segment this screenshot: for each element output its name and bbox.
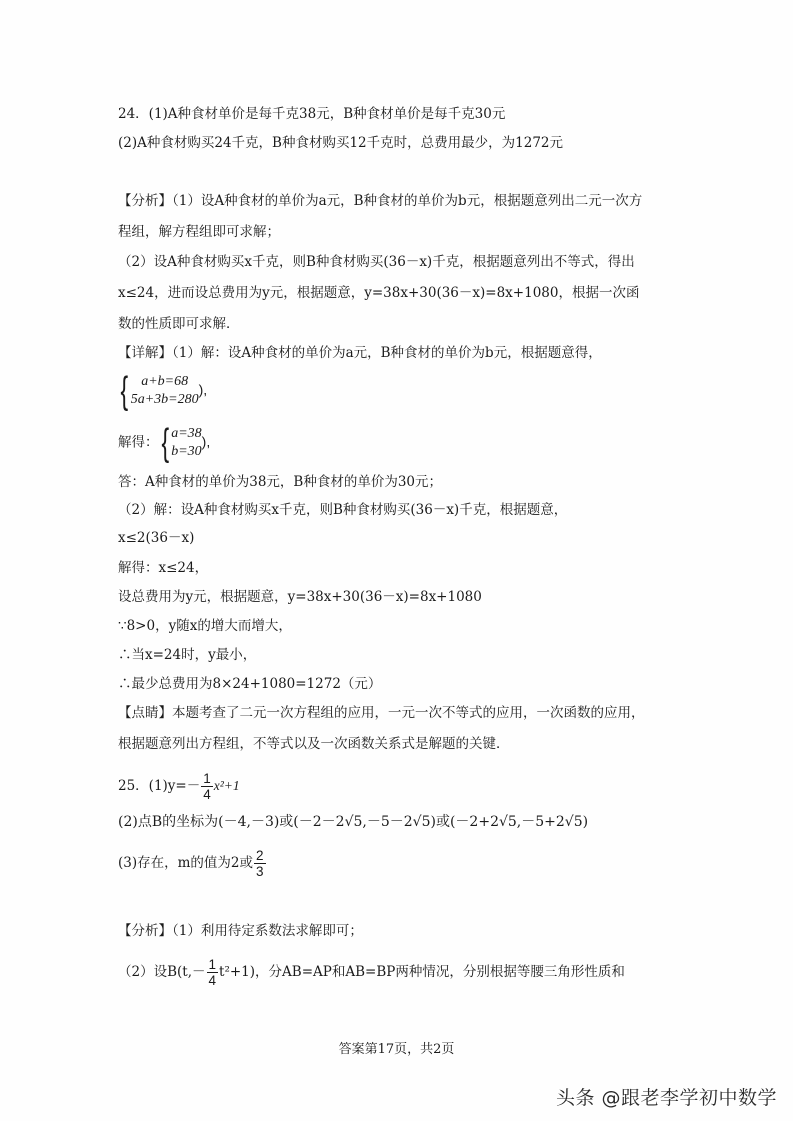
q24-because: ∵8>0，y随x的增大而增大， (118, 616, 292, 636)
q24-therefore-2: ∴最少总费用为8×24+1080=1272（元） (118, 674, 381, 694)
q24-cost: 设总费用为y元，根据题意，y=38x+30(36－x)=8x+1080 (118, 587, 482, 607)
solve-label: 解得： (118, 435, 159, 451)
system-eq-1: a+b=68 (131, 373, 199, 391)
watermark: 头条 @跟老李学初中数学 (556, 1083, 777, 1110)
q24-analysis-line-4: x≤24，进而设总费用为y元，根据题意，y=38x+30(36－x)=8x+10… (118, 283, 639, 303)
fraction: 14 (201, 771, 213, 802)
close-paren: ), (202, 434, 211, 450)
close-paren: ), (199, 382, 208, 398)
left-brace: { (121, 372, 129, 410)
fraction: 14 (207, 957, 219, 988)
page-footer: 答案第17页，共2页 (0, 1038, 793, 1057)
q24-comment-line-1: 【点睛】本题考查了二元一次方程组的应用，一元一次不等式的应用，一次函数的应用， (118, 703, 645, 723)
left-brace: { (161, 424, 169, 462)
q24-inequality: x≤2(36－x) (118, 528, 194, 548)
q24-solve-2: 解得：x≤24， (118, 558, 208, 578)
q24-analysis-line-1: 【分析】（1）设A种食材的单价为a元，B种食材的单价为b元，根据题意列出二元一次… (118, 191, 642, 211)
fraction: 23 (254, 848, 266, 879)
q25-analysis-line-2: （2）设B(t,－14t²+1)，分AB=AP和AB=BP两种情况，分别根据等腰… (118, 952, 625, 992)
sol-eq-2: b=30 (171, 443, 201, 461)
q24-detail-line-1: 【详解】（1）解：设A种食材的单价为a元，B种食材的单价为b元，根据题意得， (118, 343, 602, 363)
sol-eq-1: a=38 (171, 425, 201, 443)
solution-system: 解得：{ a=38 b=30 ), (118, 424, 210, 462)
q24-answer-2: (2)A种食材购买24千克，B种食材购买12千克时，总费用最少，为1272元 (118, 133, 563, 153)
q25-answer-3: (3)存在，m的值为2或23 (118, 845, 267, 881)
system-eq-2: 5a+3b=280 (131, 391, 199, 409)
q24-comment-line-2: 根据题意列出方程组，不等式以及一次函数关系式是解题的关键． (118, 734, 510, 754)
q24-detail-line-2: （2）解：设A种食材购买x千克，则B种食材购买(36－x)千克，根据题意， (118, 500, 567, 520)
q24-analysis-line-2: 程组，解方程组即可求解； (118, 222, 280, 242)
q25-answer-1: 25．(1)y=－14x²+1 (118, 768, 240, 804)
q24-answer-1: 24．(1)A种食材单价是每千克38元，B种食材单价是每千克30元 (118, 104, 505, 124)
q25-answer-2: (2)点B的坐标为(－4,－3)或(－2－2√5,－5－2√5)或(－2+2√5… (118, 812, 588, 832)
q24-answer-summary: 答：A种食材的单价为38元，B种食材的单价为30元； (118, 472, 442, 492)
q24-analysis-line-5: 数的性质即可求解． (118, 314, 240, 334)
q24-analysis-line-3: （2）设A种食材购买x千克，则B种食材购买(36－x)千克，根据题意列出不等式，… (118, 252, 635, 272)
equation-system: { a+b=68 5a+3b=280 ), (118, 372, 207, 410)
q24-therefore-1: ∴当x=24时，y最小， (118, 645, 256, 665)
q25-analysis-line-1: 【分析】（1）利用待定系数法求解即可； (118, 921, 363, 941)
